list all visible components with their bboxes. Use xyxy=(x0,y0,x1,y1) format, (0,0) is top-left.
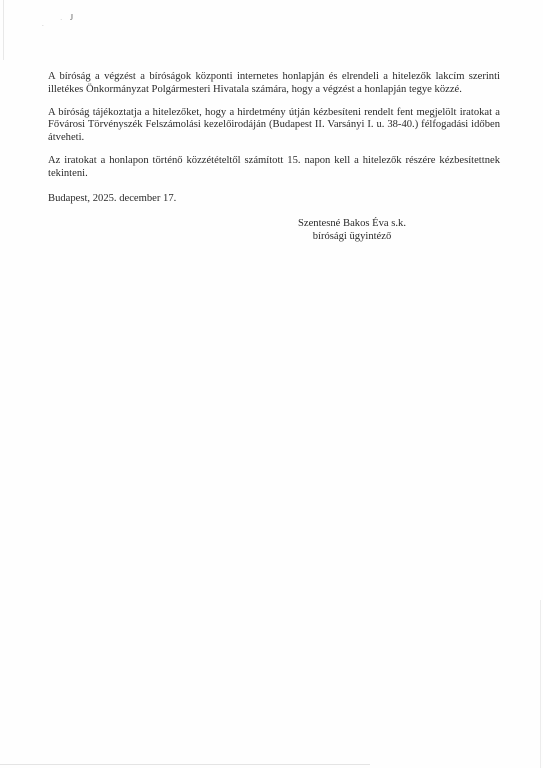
document-page: . · J A bíróság a végzést a bíróságok kö… xyxy=(0,0,543,768)
date-line: Budapest, 2025. december 17. xyxy=(48,193,176,206)
scan-artifact: J xyxy=(70,13,73,22)
scan-artifact: . xyxy=(42,20,44,28)
signer-title: bírósági ügyintéző xyxy=(298,231,406,244)
document-body: A bíróság a végzést a bíróságok központi… xyxy=(48,71,500,191)
signature-block: Szentesné Bakos Éva s.k. bírósági ügyint… xyxy=(298,218,406,243)
scan-edge-left xyxy=(3,0,4,60)
paragraph-delivery: Az iratokat a honlapon történő közzététe… xyxy=(48,155,500,180)
signer-name: Szentesné Bakos Éva s.k. xyxy=(298,218,406,231)
paragraph-publication: A bíróság a végzést a bíróságok központi… xyxy=(48,71,500,96)
scan-edge-right xyxy=(540,600,541,768)
scan-edge-bottom xyxy=(0,764,370,765)
paragraph-notice: A bíróság tájékoztatja a hitelezőket, ho… xyxy=(48,107,500,145)
scan-artifact: · xyxy=(60,16,62,24)
